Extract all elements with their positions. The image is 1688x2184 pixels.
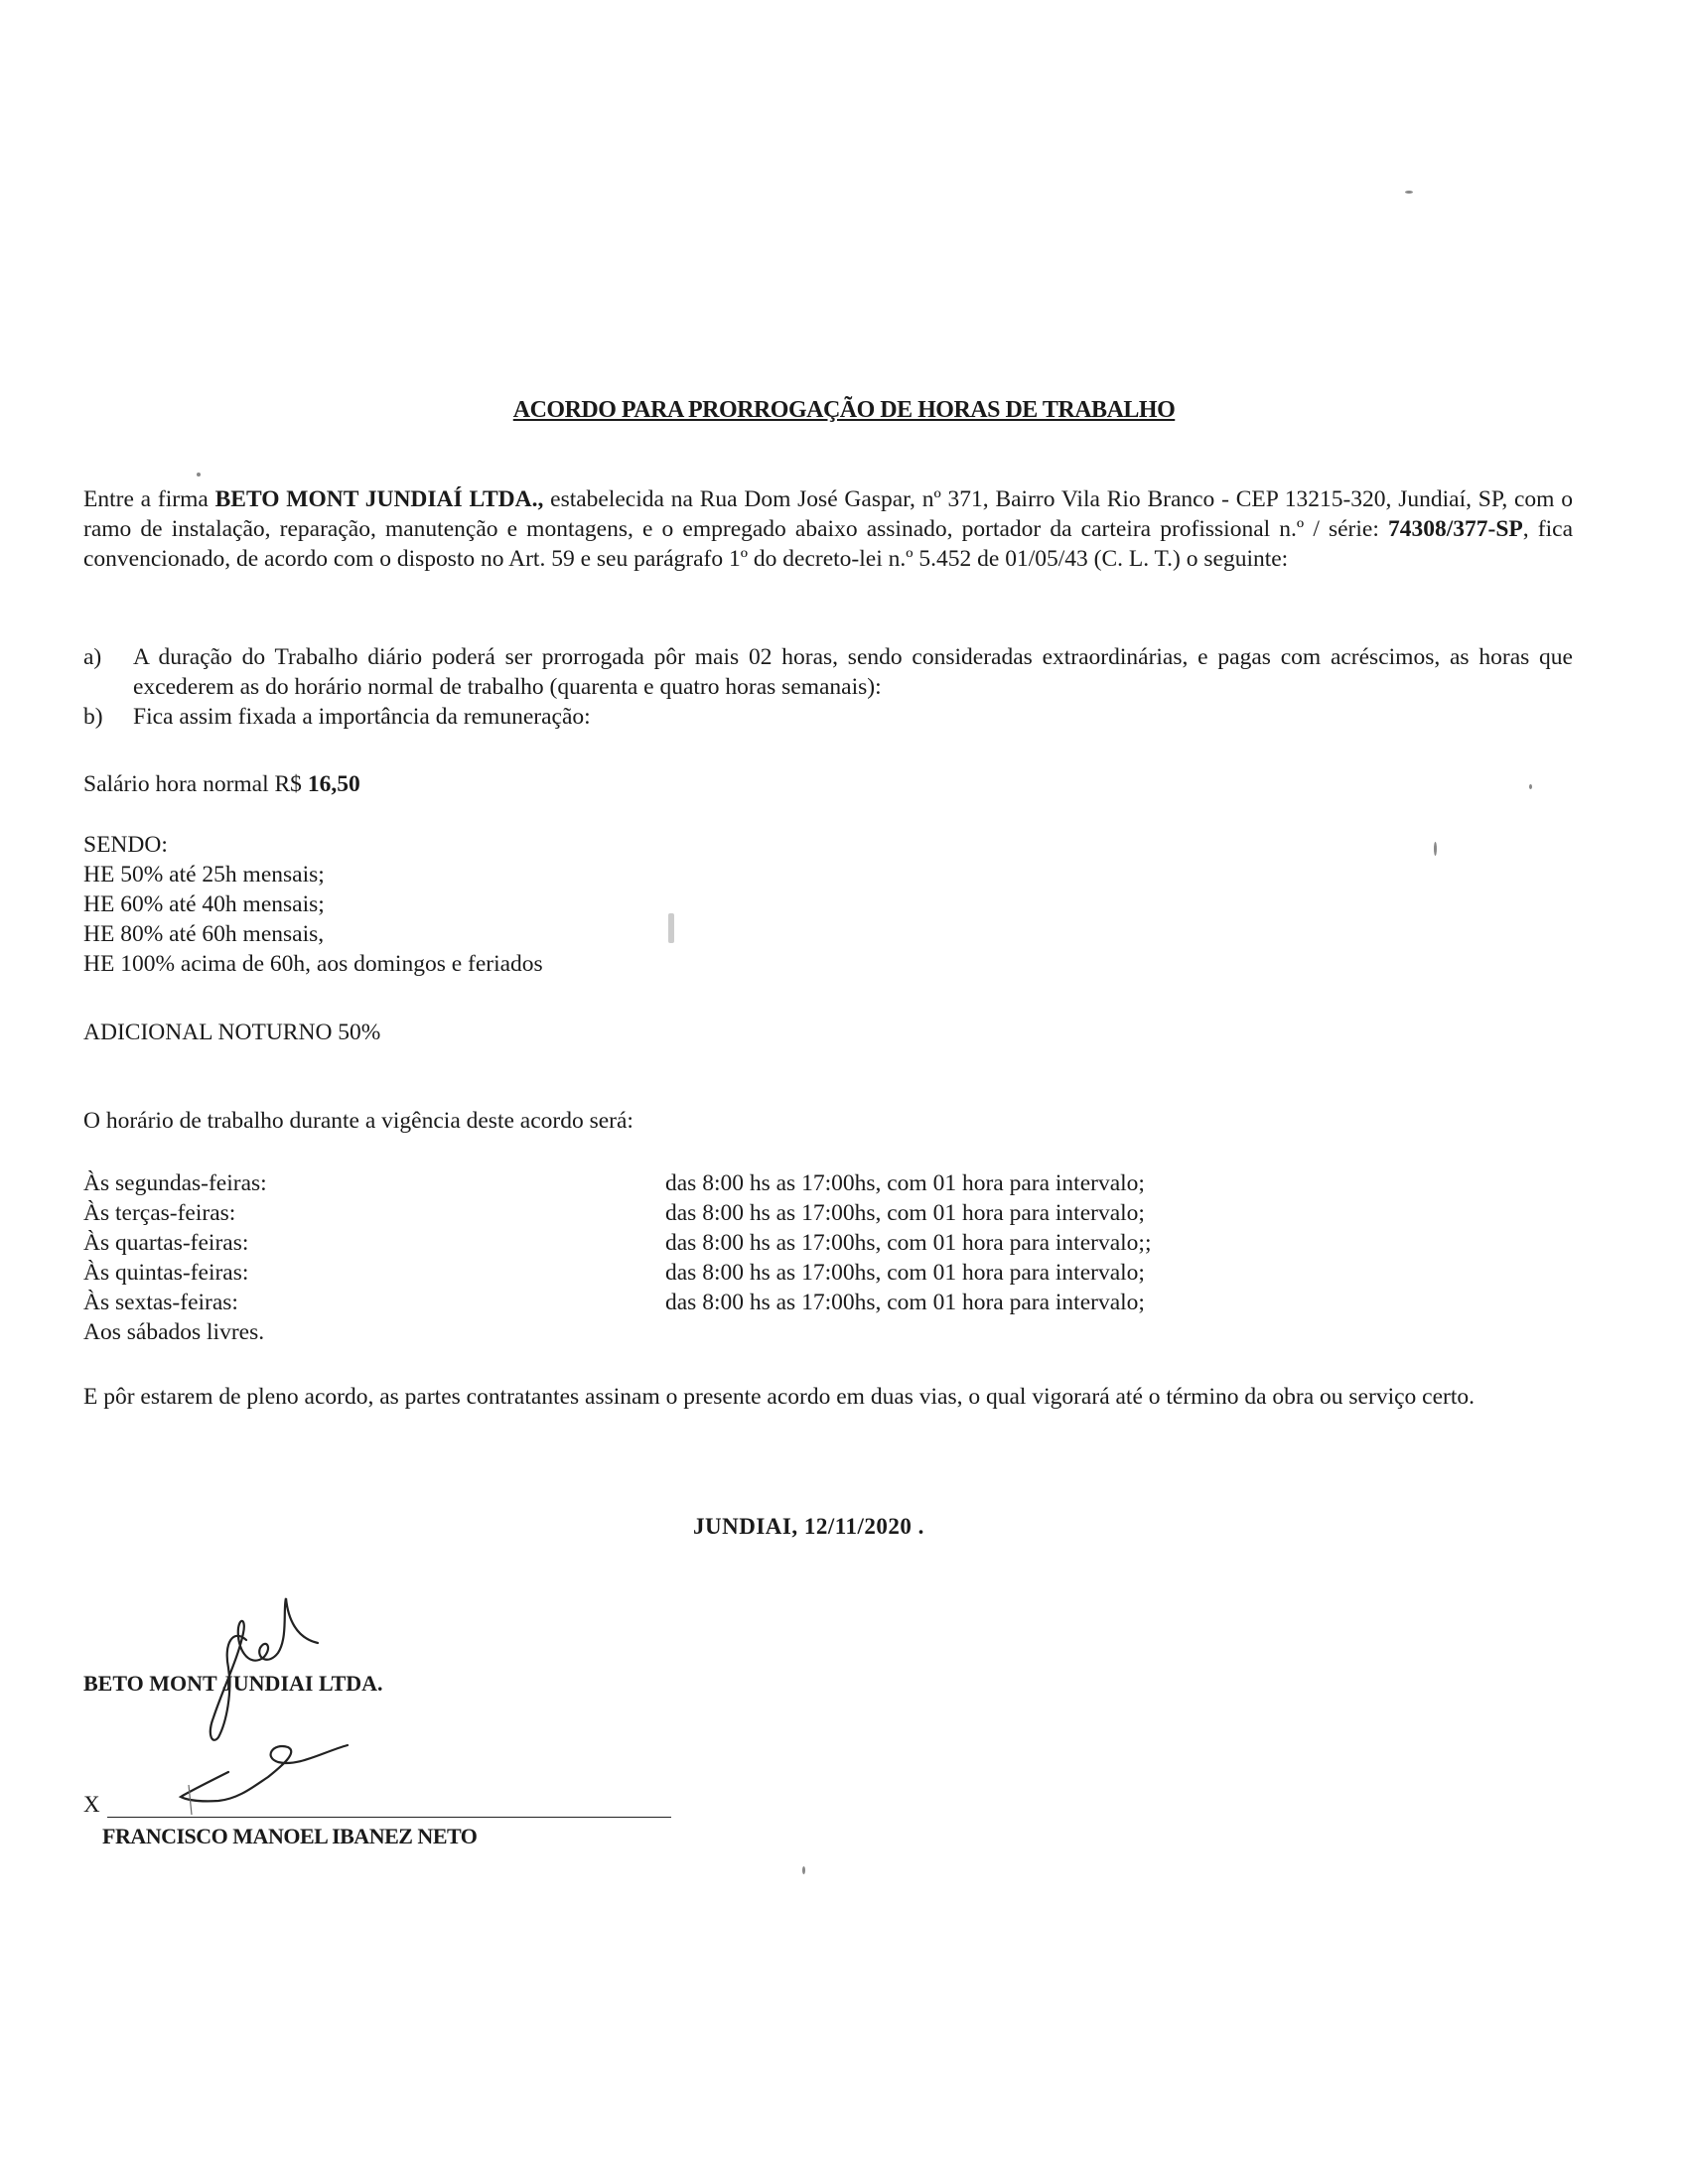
salary-label: Salário hora normal R$ [83, 771, 308, 797]
clause-text: A duração do Trabalho diário poderá ser … [133, 642, 1573, 702]
schedule-day: Às sextas-feiras: [83, 1288, 665, 1317]
salary-line: Salário hora normal R$ 16,50 [83, 769, 360, 799]
scan-speck [1529, 784, 1532, 789]
schedule-hours: das 8:00 hs as 17:00hs, com 01 hora para… [665, 1198, 1145, 1228]
scan-speck [802, 1866, 805, 1874]
employee-signature-scribble-icon [159, 1727, 357, 1817]
clause-text: Fica assim fixada a importância da remun… [133, 702, 1573, 732]
document-title: ACORDO PARA PRORROGAÇÃO DE HORAS DE TRAB… [0, 397, 1688, 424]
schedule-row: Às quartas-feiras: das 8:00 hs as 17:00h… [83, 1228, 1275, 1258]
schedule-row: Às sextas-feiras: das 8:00 hs as 17:00hs… [83, 1288, 1275, 1317]
scan-speck [1405, 191, 1413, 194]
schedule-intro: O horário de trabalho durante a vigência… [83, 1106, 633, 1136]
schedule-table: Às segundas-feiras: das 8:00 hs as 17:00… [83, 1168, 1275, 1347]
overtime-item: HE 80% até 60h mensais, [83, 919, 543, 949]
salary-value: 16,50 [308, 771, 360, 797]
overtime-item: HE 60% até 40h mensais; [83, 889, 543, 919]
schedule-hours: das 8:00 hs as 17:00hs, com 01 hora para… [665, 1228, 1151, 1258]
document-page: ACORDO PARA PRORROGAÇÃO DE HORAS DE TRAB… [0, 0, 1688, 2184]
company-signature-scribble-icon [169, 1588, 338, 1747]
signature-x-mark: X [83, 1792, 100, 1818]
closing-paragraph: E pôr estarem de pleno acordo, as partes… [83, 1382, 1573, 1412]
schedule-day: Às segundas-feiras: [83, 1168, 665, 1198]
schedule-hours: das 8:00 hs as 17:00hs, com 01 hora para… [665, 1258, 1145, 1288]
schedule-row: Às quintas-feiras: das 8:00 hs as 17:00h… [83, 1258, 1275, 1288]
schedule-day: Às terças-feiras: [83, 1198, 665, 1228]
schedule-row: Às terças-feiras: das 8:00 hs as 17:00hs… [83, 1198, 1275, 1228]
clauses-list: a) A duração do Trabalho diário poderá s… [83, 642, 1573, 732]
overtime-section: SENDO: HE 50% até 25h mensais; HE 60% at… [83, 830, 543, 979]
company-signature-label: BETO MONT JUNDIAI LTDA. [83, 1671, 383, 1697]
clause-b: b) Fica assim fixada a importância da re… [83, 702, 1573, 732]
schedule-hours: das 8:00 hs as 17:00hs, com 01 hora para… [665, 1168, 1145, 1198]
night-shift-line: ADICIONAL NOTURNO 50% [83, 1018, 380, 1047]
schedule-day: Às quintas-feiras: [83, 1258, 665, 1288]
clause-a: a) A duração do Trabalho diário poderá s… [83, 642, 1573, 702]
intro-paragraph: Entre a firma BETO MONT JUNDIAÍ LTDA., e… [83, 484, 1573, 574]
ctps-number: 74308/377-SP [1388, 516, 1523, 542]
scan-speck [668, 913, 674, 943]
clause-marker: b) [83, 702, 133, 732]
overtime-item: HE 100% acima de 60h, aos domingos e fer… [83, 949, 543, 979]
schedule-hours: das 8:00 hs as 17:00hs, com 01 hora para… [665, 1288, 1145, 1317]
intro-prefix: Entre a firma [83, 486, 215, 512]
schedule-row: Às segundas-feiras: das 8:00 hs as 17:00… [83, 1168, 1275, 1198]
schedule-day: Às quartas-feiras: [83, 1228, 665, 1258]
schedule-day: Aos sábados livres. [83, 1317, 665, 1347]
company-name: BETO MONT JUNDIAÍ LTDA., [215, 486, 544, 512]
employee-name: FRANCISCO MANOEL IBANEZ NETO [102, 1824, 477, 1849]
place-date: JUNDIAI, 12/11/2020 . [693, 1514, 924, 1540]
overtime-item: HE 50% até 25h mensais; [83, 860, 543, 889]
signature-line [107, 1817, 671, 1818]
scan-speck [197, 473, 201, 477]
overtime-heading: SENDO: [83, 830, 543, 860]
scan-speck [1434, 842, 1437, 856]
schedule-row: Aos sábados livres. [83, 1317, 1275, 1347]
clause-marker: a) [83, 642, 133, 702]
